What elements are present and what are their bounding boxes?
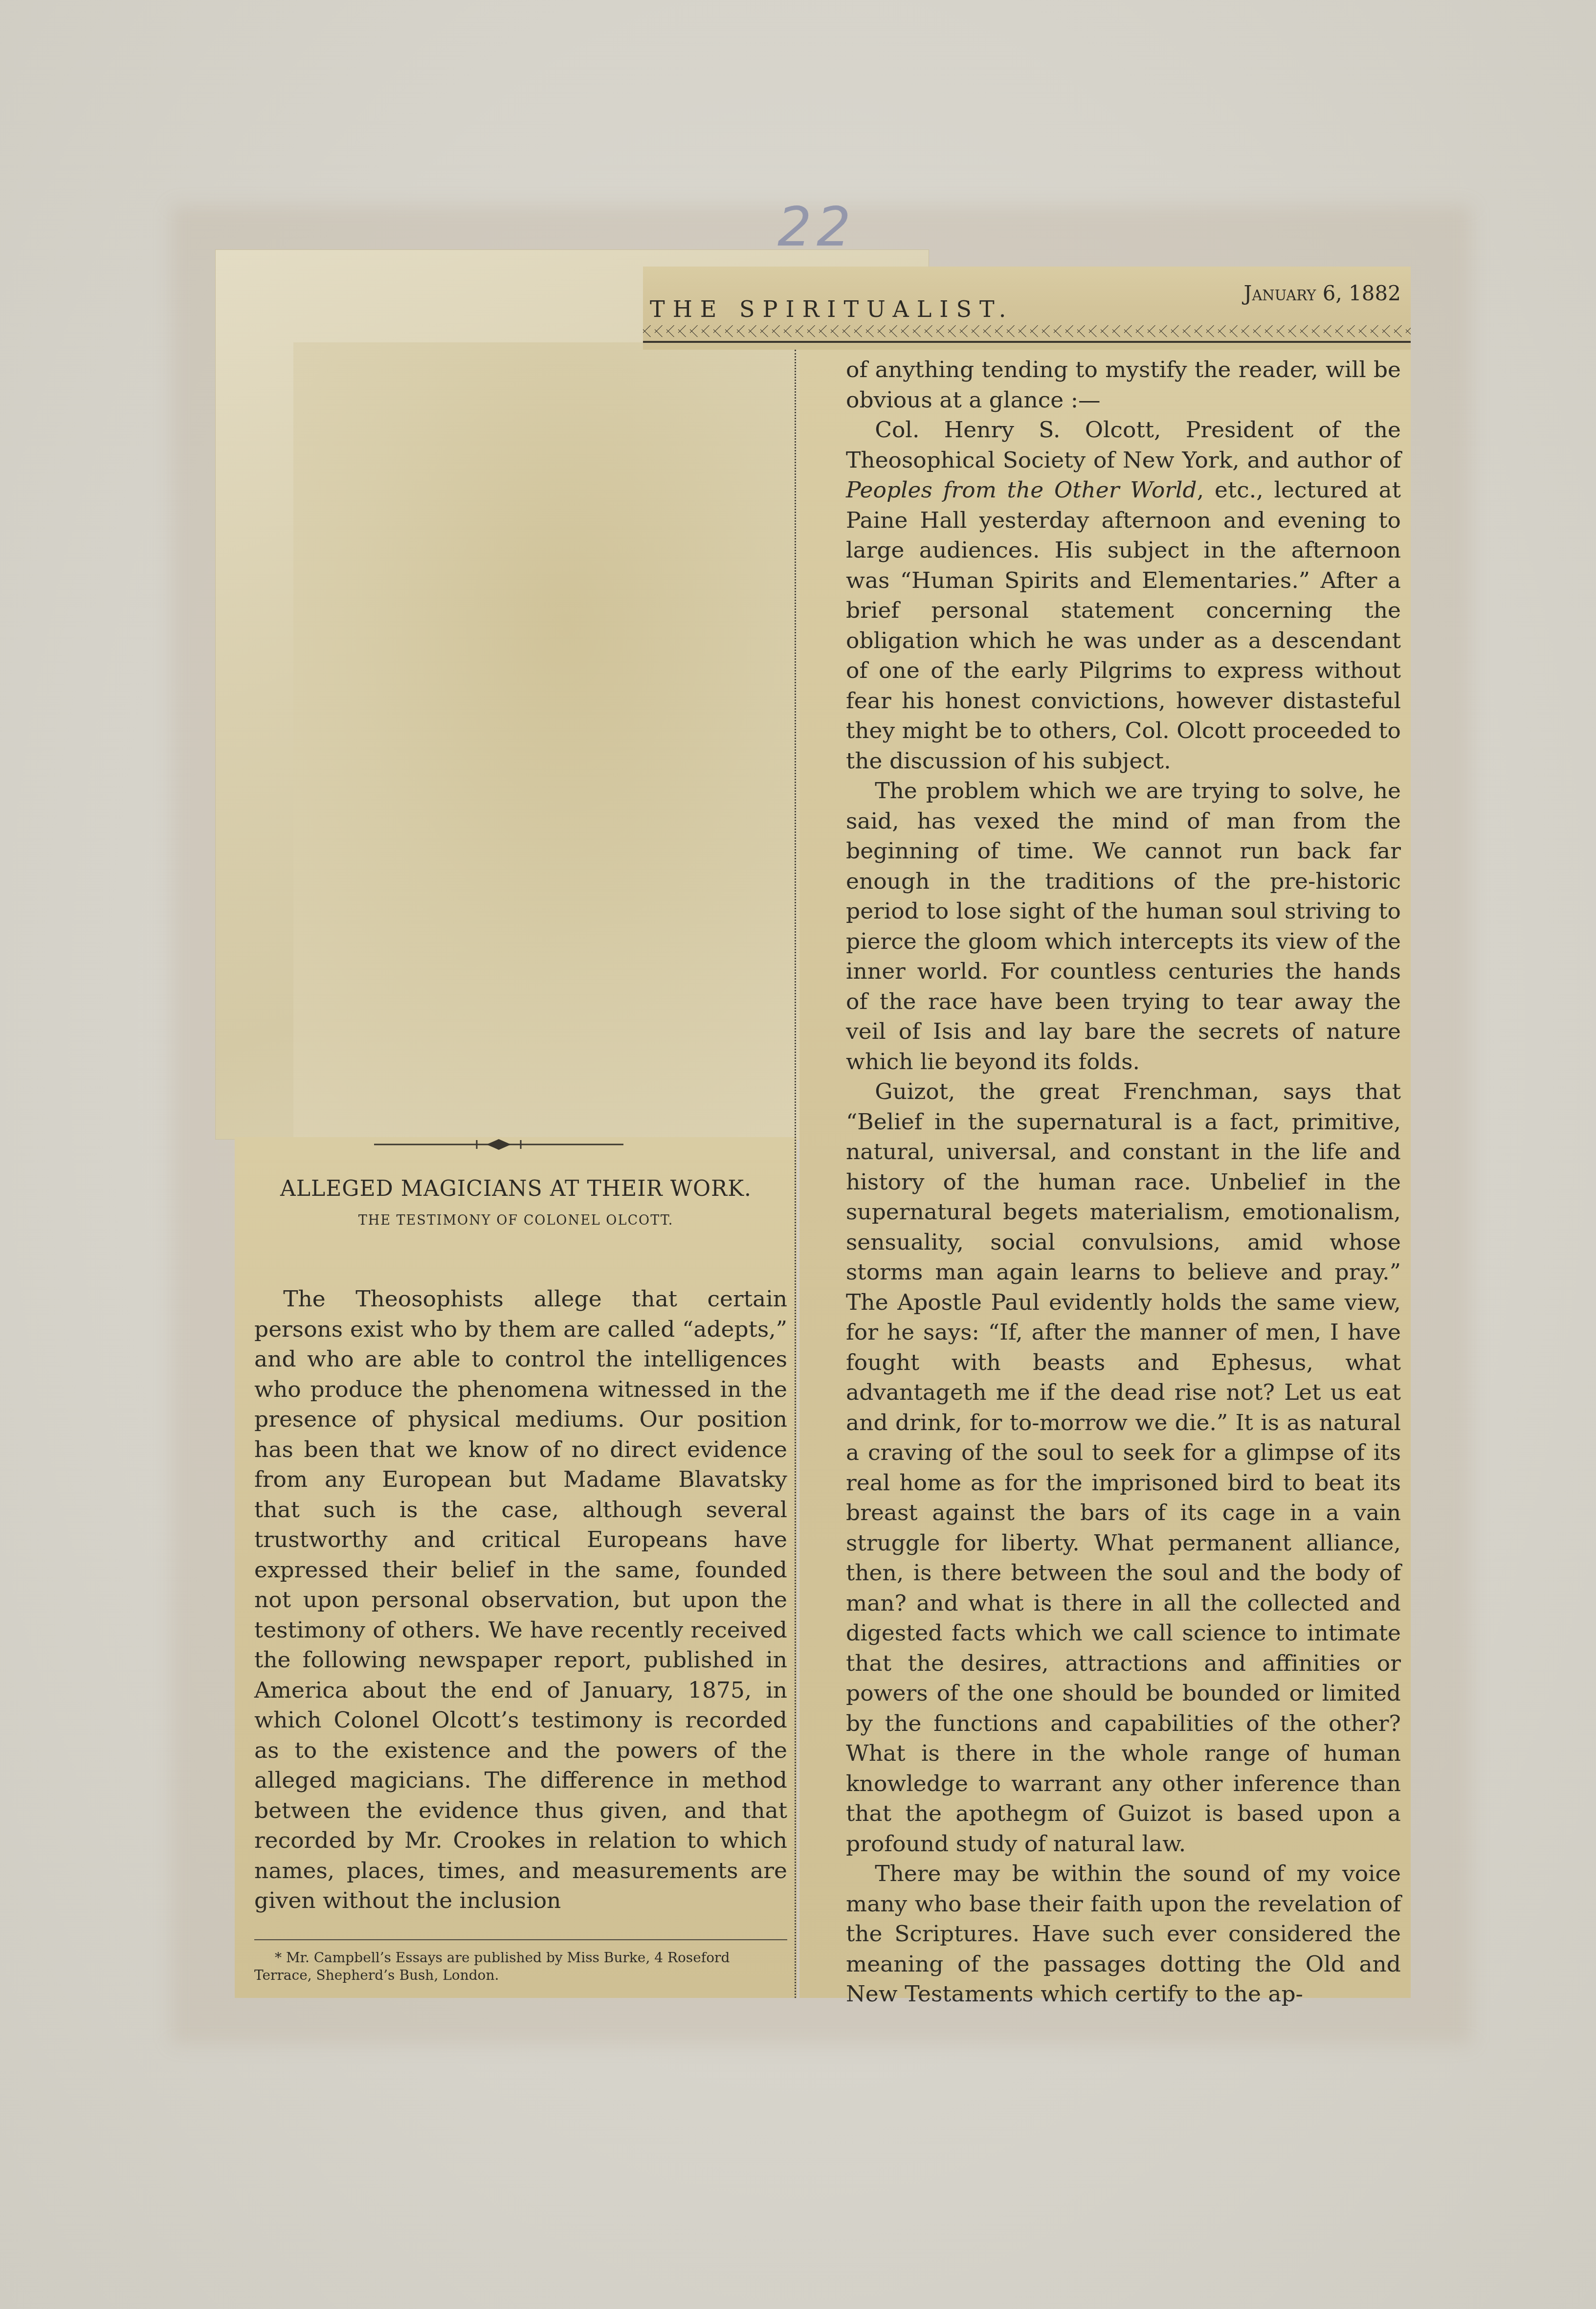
paragraph: There may be within the sound of my voic…: [846, 1859, 1401, 2009]
ornamental-divider-icon: [374, 1137, 623, 1152]
article-subhead: THE TESTIMONY OF COLONEL OLCOTT.: [235, 1213, 797, 1228]
left-column-clipping: ALLEGED MAGICIANS AT THEIR WORK. THE TES…: [235, 1137, 797, 1998]
continuation-paragraph: of anything tending to mystify the reade…: [846, 355, 1401, 415]
book-title: Peoples from the Other World: [846, 477, 1197, 503]
text-run: , etc., lectured at Paine Hall yesterday…: [846, 477, 1401, 774]
wavy-rule-ornament: [643, 324, 1411, 343]
masthead-clipping: THE SPIRITUALIST. January 6, 1882: [643, 267, 1411, 350]
article-headline: ALLEGED MAGICIANS AT THEIR WORK.: [235, 1176, 797, 1201]
paragraph: Guizot, the great Frenchman, says that “…: [846, 1076, 1401, 1859]
newspaper-title: THE SPIRITUALIST.: [650, 296, 1014, 322]
footnote: * Mr. Campbell’s Essays are published by…: [254, 1949, 787, 1984]
issue-date: January 6, 1882: [1244, 281, 1401, 305]
right-column-clipping: of anything tending to mystify the reade…: [799, 350, 1411, 1998]
paragraph: The Theosophists allege that certain per…: [254, 1284, 787, 1916]
footnote-rule: [254, 1939, 787, 1940]
paragraph: The problem which we are trying to solve…: [846, 776, 1401, 1076]
paragraph: Col. Henry S. Olcott, President of the T…: [846, 415, 1401, 776]
right-column-body: of anything tending to mystify the reade…: [846, 355, 1401, 2009]
left-column-body: The Theosophists allege that certain per…: [254, 1284, 787, 1916]
text-run: Col. Henry S. Olcott, President of the T…: [846, 417, 1401, 473]
pencil-page-number: 22: [777, 196, 856, 258]
